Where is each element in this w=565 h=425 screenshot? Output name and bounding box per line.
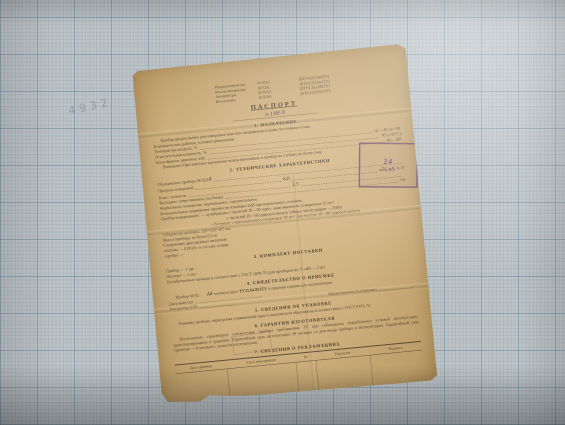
stamp-code: 7543 (381, 166, 395, 172)
acceptance-handwritten: А4 (199, 291, 213, 299)
class-handwritten: 1,5 (292, 181, 299, 189)
acceptance-mid: соответствует (213, 289, 238, 296)
acceptance-tu: ТУ25.04.853ТУ (239, 287, 268, 294)
designation-handwritten: 4 (208, 176, 211, 183)
inspection-stamp: 24 7543 (359, 142, 418, 188)
acceptance-prefix: Прибор М 92 (175, 293, 199, 300)
number-handwritten: 1395 б (270, 109, 285, 118)
passport-document: Микроамперметры М 92А1 (ВТУ4.353.080ТУ) … (130, 44, 437, 407)
model-code: М 92А4 (258, 93, 284, 100)
photo-scene: 4932 Микроамперметры М 92А1 (ВТУ4.353.08… (0, 0, 565, 425)
document-content: Микроамперметры М 92А1 (ВТУ4.353.080ТУ) … (130, 44, 437, 407)
controller-label: Контролер ОТК (169, 304, 198, 312)
range-handwritten: 6,0 (283, 175, 290, 183)
dash-leader (379, 287, 414, 291)
number-label: № (265, 112, 269, 117)
column-header: № (296, 354, 316, 361)
dash-leader (200, 305, 235, 309)
